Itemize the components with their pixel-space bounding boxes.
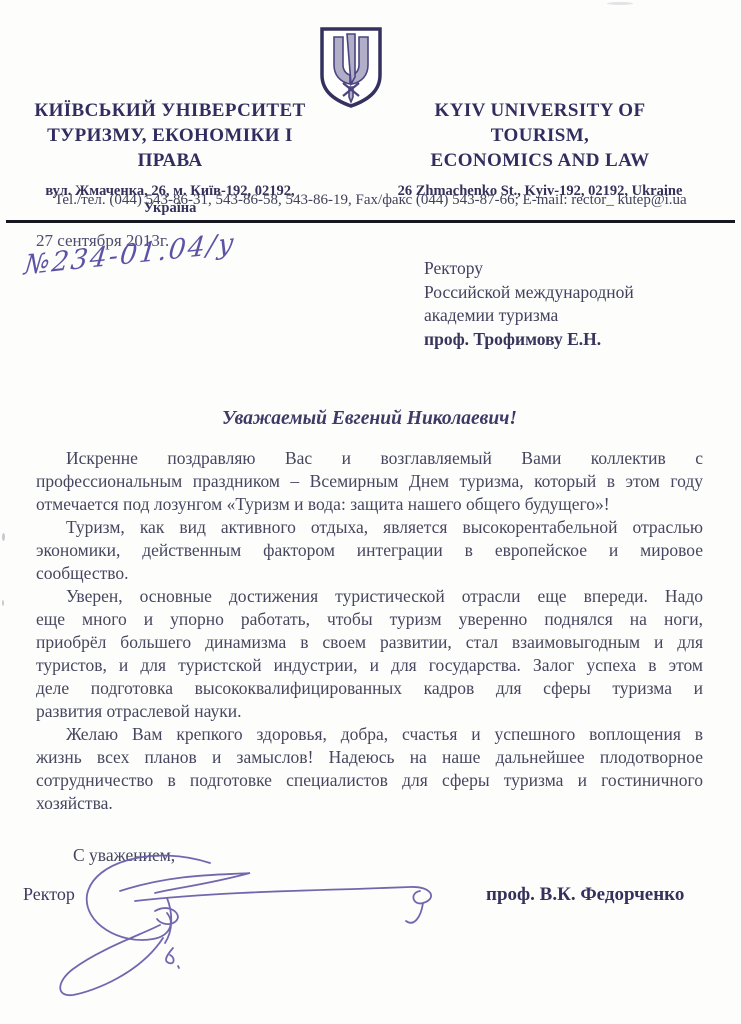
university-name-uk-line2: ТУРИЗМУ, ЕКОНОМІКИ І ПРАВА [20, 123, 320, 173]
body-line: деле подготовка высококвалифицированных … [36, 677, 703, 700]
body-line: сотрудничество в подготовке специалистов… [36, 769, 703, 792]
paragraph-3: Уверен, основные достижения туристическо… [36, 585, 703, 723]
body-line: Туризм, как вид активного отдыха, являет… [36, 516, 703, 539]
handwritten-signature [25, 843, 455, 998]
body-line: экономики, действенным фактором интеграц… [36, 539, 703, 562]
salutation: Уважаемый Евгений Николаевич! [36, 408, 703, 430]
letterhead-english: KYIV UNIVERSITY OF TOURISM, ECONOMICS AN… [385, 98, 695, 200]
scan-artifact [2, 600, 4, 606]
letterhead-divider [6, 220, 735, 223]
body-line: Желаю Вам крепкого здоровья, добра, счас… [36, 723, 703, 746]
body-line: хозяйства. [36, 792, 703, 815]
scanned-letter-page: КИЇВСЬКИЙ УНІВЕРСИТЕТ ТУРИЗМУ, ЕКОНОМІКИ… [0, 0, 741, 1024]
recipient-person: проф. Трофимову Е.Н. [424, 328, 634, 352]
body-line: еще много и упорно работать, чтобы туриз… [36, 608, 703, 631]
signer-name: проф. В.К. Федорченко [486, 884, 684, 906]
body-line: развития отраслевой науки. [36, 700, 703, 723]
body-line: профессиональным праздником – Всемирным … [36, 470, 703, 493]
body-line: сообщество. [36, 562, 703, 585]
body-line: отмечается под лозунгом «Туризм и вода: … [36, 493, 703, 516]
paragraph-1: Искренне поздравляю Вас и возглавляемый … [36, 447, 703, 516]
body-line: Искренне поздравляю Вас и возглавляемый … [36, 447, 703, 470]
scan-artifact [2, 533, 5, 541]
body-line: жизнь всех планов и замыслов! Надеюсь на… [36, 746, 703, 769]
contact-line: Tel./тел. (044) 543-86-31, 543-86-58, 54… [0, 192, 741, 209]
recipient-title: Ректору [424, 257, 634, 281]
paragraph-2: Туризм, как вид активного отдыха, являет… [36, 516, 703, 585]
scan-artifact [607, 2, 633, 5]
body-line: Уверен, основные достижения туристическо… [36, 585, 703, 608]
paragraph-4: Желаю Вам крепкого здоровья, добра, счас… [36, 723, 703, 815]
letter-body: Искренне поздравляю Вас и возглавляемый … [36, 447, 703, 815]
recipient-block: Ректору Российской международной академи… [424, 257, 634, 351]
university-name-uk-line1: КИЇВСЬКИЙ УНІВЕРСИТЕТ [20, 98, 320, 123]
recipient-org-line1: Российской международной [424, 281, 634, 305]
body-line: приобрёл большего динамизма в своем разв… [36, 631, 703, 654]
university-name-en-line2: ECONOMICS AND LAW [385, 148, 695, 173]
ukraine-trident-shield-emblem [319, 27, 383, 109]
body-line: туристов, и для туристской индустрии, и … [36, 654, 703, 677]
recipient-org-line2: академии туризма [424, 304, 634, 328]
university-name-en-line1: KYIV UNIVERSITY OF TOURISM, [385, 98, 695, 148]
